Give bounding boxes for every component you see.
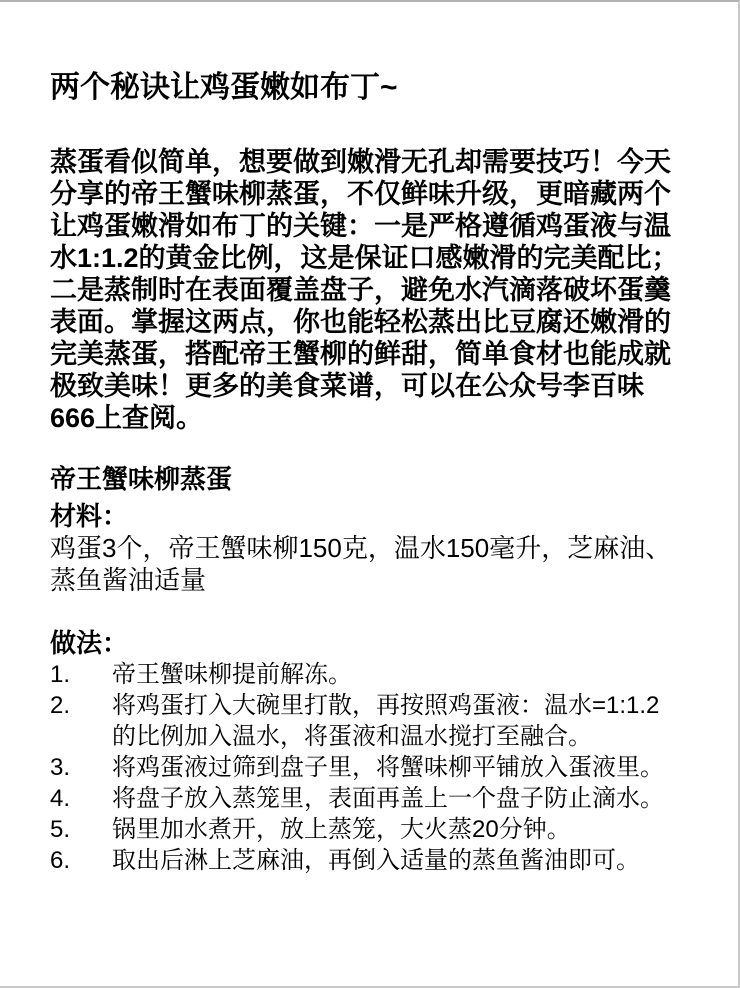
materials-text: 鸡蛋3个，帝王蟹味柳150克，温水150毫升，芝麻油、蒸鱼酱油适量 <box>50 532 690 596</box>
step-item-6: 6. 取出后淋上芝麻油，再倒入适量的蒸鱼酱油即可。 <box>50 845 738 876</box>
step-item-5: 5. 锅里加水煮开，放上蒸笼，大火蒸20分钟。 <box>50 814 738 845</box>
step-item-3: 3. 将鸡蛋液过筛到盘子里，将蟹味柳平铺放入蛋液里。 <box>50 752 738 783</box>
step-number: 2. <box>50 690 112 721</box>
step-text: 将鸡蛋打入大碗里打散，再按照鸡蛋液：温水=1:1.2的比例加入温水，将蛋液和温水… <box>112 690 668 752</box>
steps-label: 做法： <box>50 627 738 659</box>
step-text: 帝王蟹味柳提前解冻。 <box>112 659 668 690</box>
step-item-4: 4. 将盘子放入蒸笼里，表面再盖上一个盘子防止滴水。 <box>50 783 738 814</box>
steps-list: 1. 帝王蟹味柳提前解冻。 2. 将鸡蛋打入大碗里打散，再按照鸡蛋液：温水=1:… <box>50 659 738 876</box>
step-number: 5. <box>50 814 112 845</box>
step-text: 锅里加水煮开，放上蒸笼，大火蒸20分钟。 <box>112 814 668 845</box>
step-number: 4. <box>50 783 112 814</box>
step-number: 3. <box>50 752 112 783</box>
step-item-2: 2. 将鸡蛋打入大碗里打散，再按照鸡蛋液：温水=1:1.2的比例加入温水，将蛋液… <box>50 690 738 752</box>
recipe-name: 帝王蟹味柳蒸蛋 <box>50 462 738 496</box>
step-item-1: 1. 帝王蟹味柳提前解冻。 <box>50 659 738 690</box>
intro-paragraph: 蒸蛋看似简单，想要做到嫩滑无孔却需要技巧！今天分享的帝王蟹味柳蒸蛋，不仅鲜味升级… <box>50 146 680 434</box>
step-number: 1. <box>50 659 112 690</box>
step-text: 将盘子放入蒸笼里，表面再盖上一个盘子防止滴水。 <box>112 783 668 814</box>
step-text: 取出后淋上芝麻油，再倒入适量的蒸鱼酱油即可。 <box>112 845 668 876</box>
recipe-page: 两个秘诀让鸡蛋嫩如布丁~ 蒸蛋看似简单，想要做到嫩滑无孔却需要技巧！今天分享的帝… <box>0 0 740 988</box>
materials-label: 材料： <box>50 500 738 532</box>
step-text: 将鸡蛋液过筛到盘子里，将蟹味柳平铺放入蛋液里。 <box>112 752 668 783</box>
step-number: 6. <box>50 845 112 876</box>
page-title: 两个秘诀让鸡蛋嫩如布丁~ <box>50 68 738 108</box>
